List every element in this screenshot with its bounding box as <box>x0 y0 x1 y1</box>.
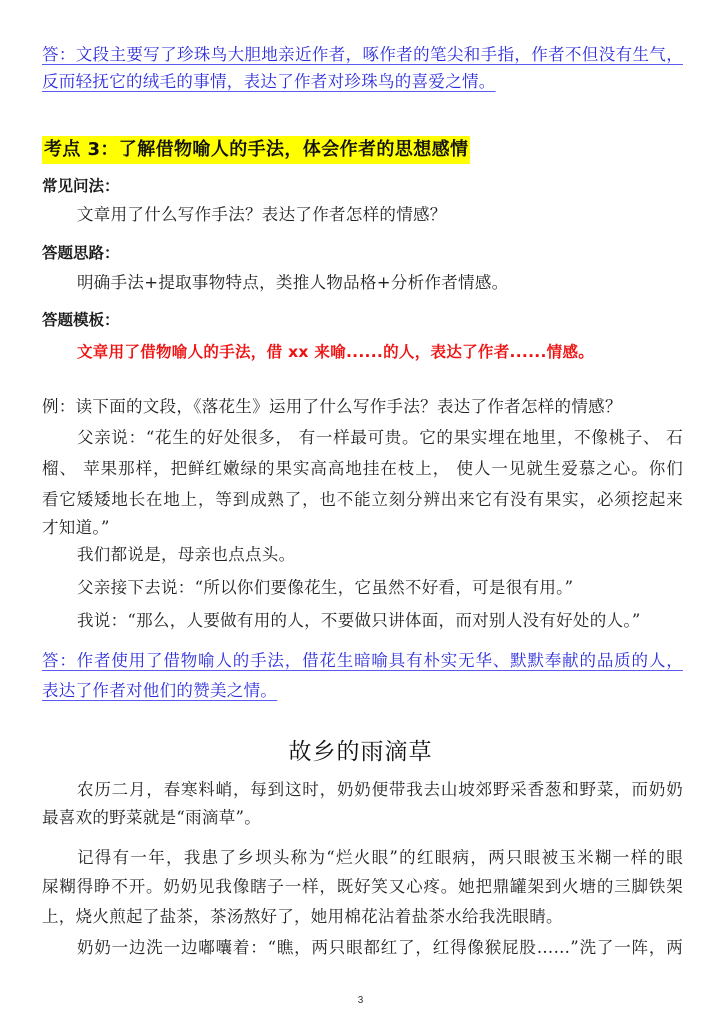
essay-line-5: 上，烧火煎起了盐茶，茶汤熬好了，她用棉花沾着盐茶水给我洗眼睛。 <box>42 906 683 928</box>
template-label: 答题模板： <box>42 309 120 331</box>
previous-answer-line-2: 反而轻抚它的绒毛的事情，表达了作者对珍珠鸟的喜爱之情。 <box>42 71 683 93</box>
example-passage-line-3: 看它矮矮地长在地上，等到成熟了，也不能立刻分辨出来它有没有果实，必须挖起来 <box>42 489 683 511</box>
example-passage-line-2: 榴、 苹果那样，把鲜红嫩绿的果实高高地挂在枝上， 使人一见就生爱慕之心。你们 <box>42 458 683 480</box>
example-passage-line-1: 父亲说：“花生的好处很多， 有一样最可贵。它的果实埋在地里，不像桃子、 石 <box>77 427 683 449</box>
approach-text: 明确手法+提取事物特点，类推人物品格+分析作者情感。 <box>77 272 683 294</box>
example-paragraph-2: 我们都说是，母亲也点点头。 <box>77 544 683 566</box>
example-answer-line-1: 答：作者使用了借物喻人的手法，借花生暗喻具有朴实无华、默默奉献的品质的人， <box>42 650 683 672</box>
example-passage-line-4: 才知道。” <box>42 517 683 539</box>
template-text: 文章用了借物喻人的手法，借 xx 来喻......的人，表达了作者......情… <box>77 341 683 363</box>
example-question: 例：读下面的文段，《落花生》运用了什么写作手法？表达了作者怎样的情感？ <box>42 396 683 418</box>
common-question-text: 文章用了什么写作手法？表达了作者怎样的情感？ <box>77 204 683 226</box>
essay-line-3: 记得有一年，我患了乡坝头称为“烂火眼”的红眼病，两只眼被玉米糊一样的眼 <box>77 847 683 869</box>
essay-title: 故乡的雨滴草 <box>0 736 721 768</box>
page-number: 3 <box>0 995 721 1006</box>
example-paragraph-3: 父亲接下去说：“所以你们要像花生，它虽然不好看，可是很有用。” <box>77 577 683 599</box>
example-paragraph-4: 我说：“那么，人要做有用的人，不要做只讲体面，而对别人没有好处的人。” <box>77 610 683 632</box>
essay-line-1: 农历二月，春寒料峭，每到这时，奶奶便带我去山坡郊野采香葱和野菜，而奶奶 <box>77 779 683 801</box>
essay-line-2: 最喜欢的野菜就是“雨滴草”。 <box>42 807 683 829</box>
approach-label: 答题思路： <box>42 242 120 264</box>
example-answer-line-2: 表达了作者对他们的赞美之情。 <box>42 680 683 702</box>
section-heading: 考点 3：了解借物喻人的手法，体会作者的思想感情 <box>42 136 470 164</box>
previous-answer-line-1: 答：文段主要写了珍珠鸟大胆地亲近作者，啄作者的笔尖和手指，作者不但没有生气， <box>42 44 683 66</box>
common-question-label: 常见问法： <box>42 175 120 197</box>
essay-line-4: 屎糊得睁不开。奶奶见我像瞎子一样，既好笑又心疼。她把鼎罐架到火塘的三脚铁架 <box>42 876 683 898</box>
essay-line-6: 奶奶一边洗一边嘟囔着：“瞧，两只眼都红了，红得像猴屁股……”洗了一阵，两 <box>77 937 683 959</box>
